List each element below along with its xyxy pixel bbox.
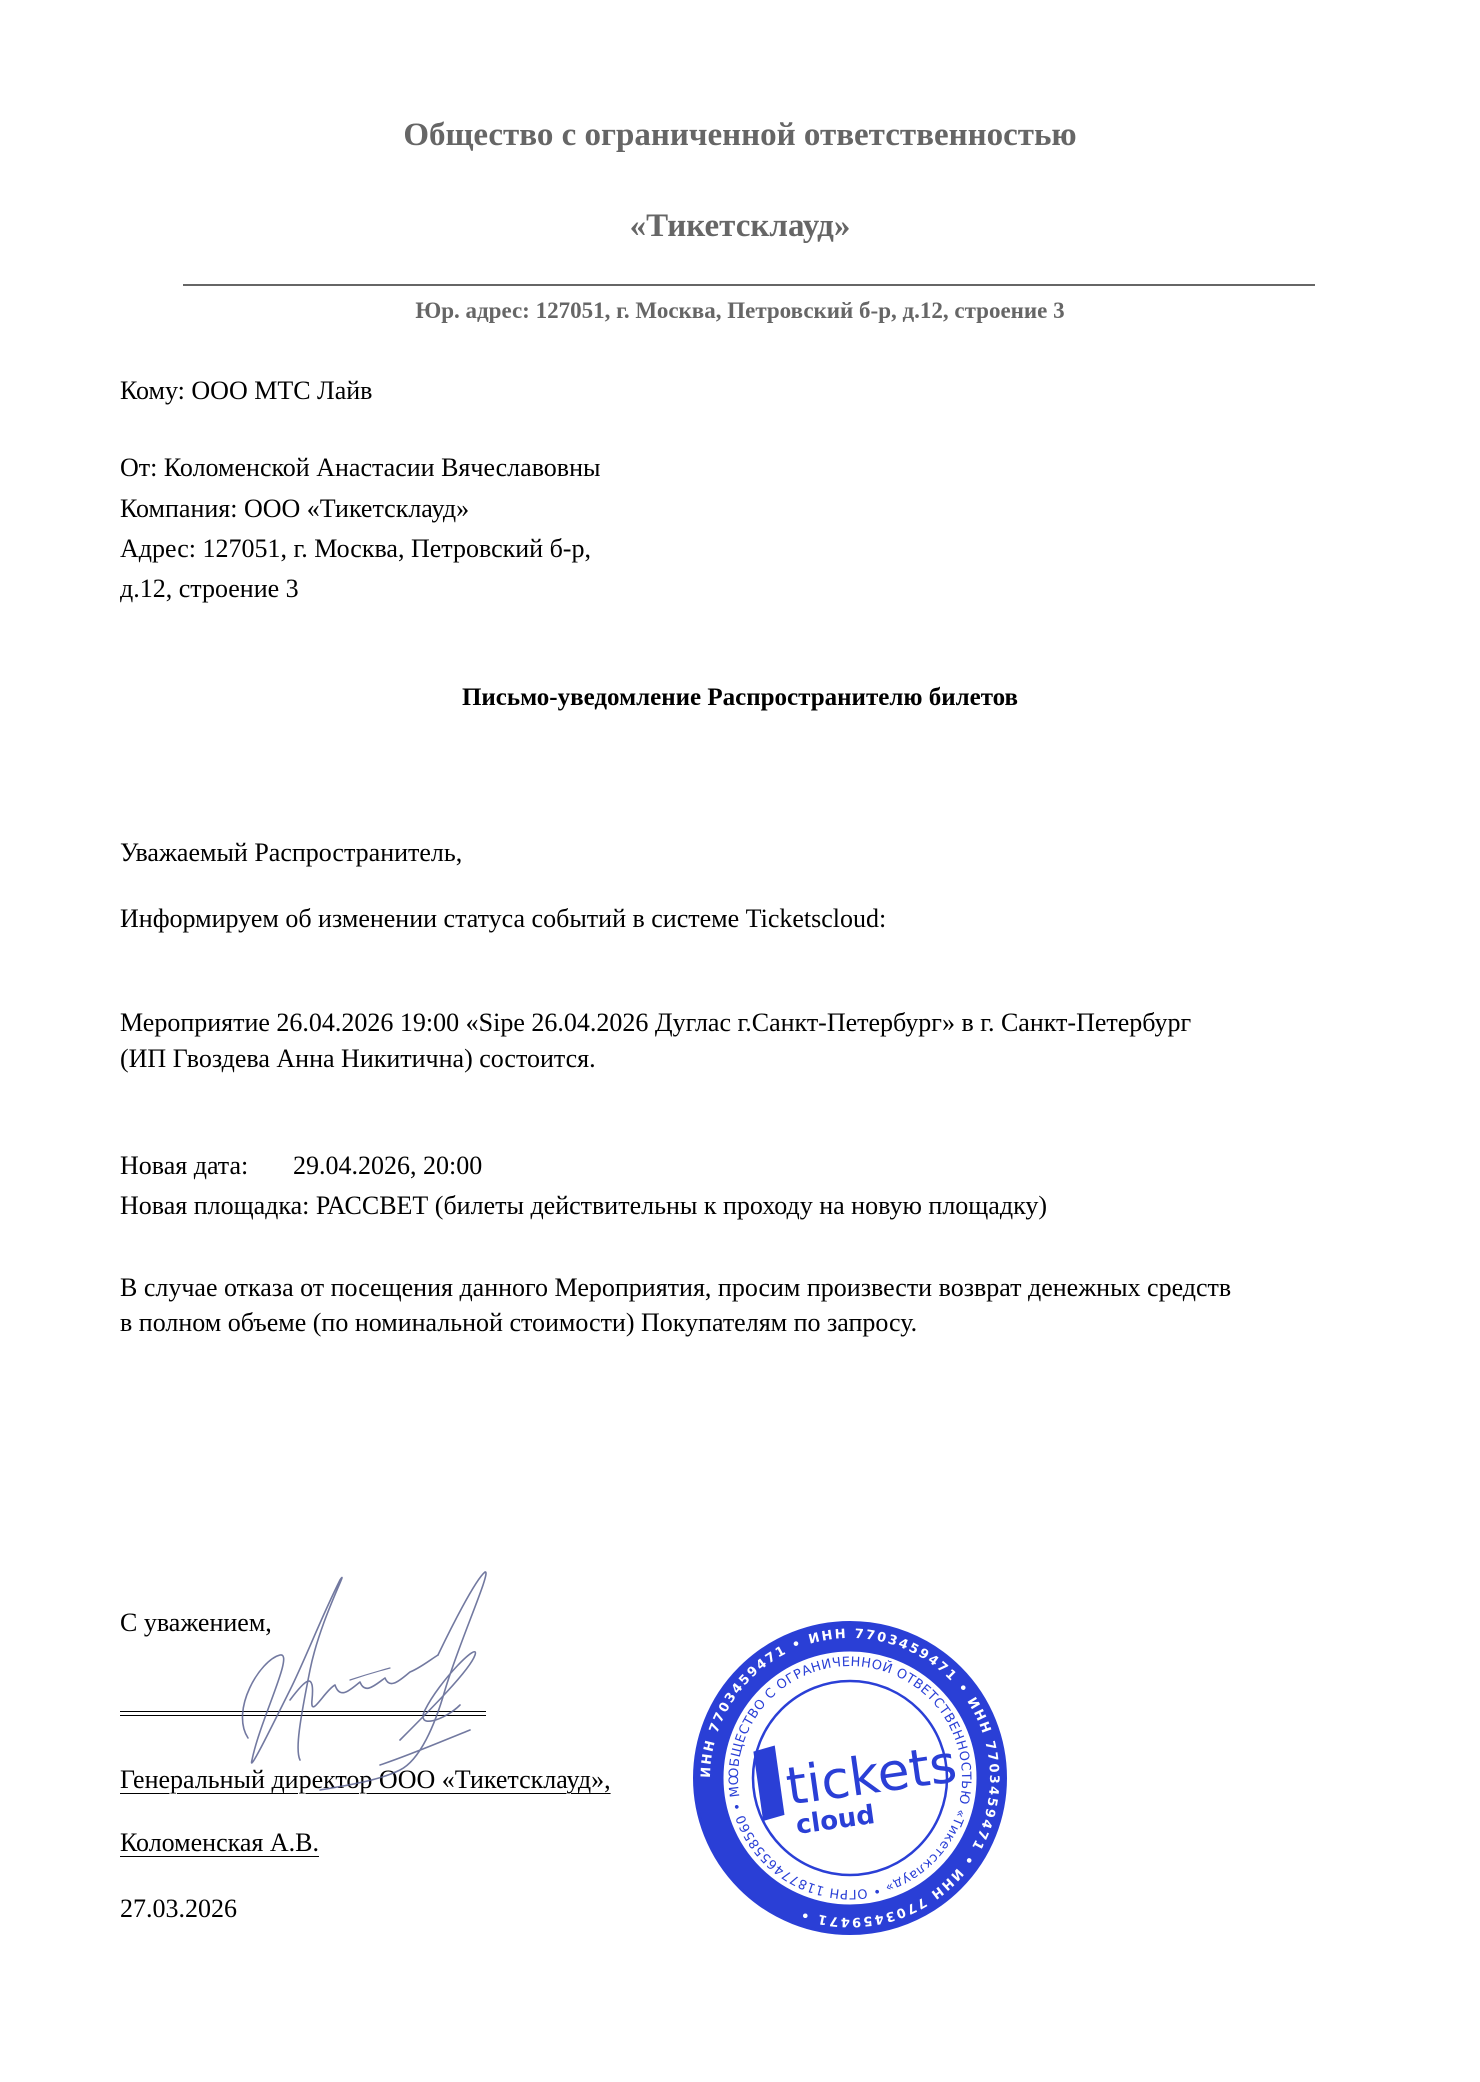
- header-divider: [183, 284, 1315, 286]
- handwritten-signature: [200, 1560, 560, 1800]
- greeting: Уважаемый Распространитель,: [120, 838, 462, 868]
- letter-date: 27.03.2026: [120, 1894, 237, 1924]
- letter-subject: Письмо-уведомление Распространителю биле…: [0, 684, 1480, 712]
- company-stamp: ИНН 7703459471 • ИНН 7703459471 • ИНН 77…: [690, 1618, 1010, 1938]
- intro-text: Информируем об изменении статуса событий…: [120, 904, 886, 934]
- new-venue: Новая площадка: РАССВЕТ (билеты действит…: [120, 1191, 1047, 1221]
- event-line-2: (ИП Гвоздева Анна Никитична) состоится.: [120, 1044, 596, 1074]
- sender-address-line1: Адрес: 127051, г. Москва, Петровский б-р…: [120, 534, 591, 564]
- sender-company: Компания: ООО «Тикетсклауд»: [120, 494, 469, 524]
- company-name-line1: Общество с ограниченной ответственностью: [0, 117, 1480, 154]
- new-date-label: Новая дата:: [120, 1151, 248, 1181]
- signatory-name: Коломенская А.В.: [120, 1828, 319, 1858]
- sender-address-line2: д.12, строение 3: [120, 574, 299, 604]
- legal-address: Юр. адрес: 127051, г. Москва, Петровский…: [0, 298, 1480, 324]
- recipient-line: Кому: ООО МТС Лайв: [120, 376, 372, 406]
- event-line-1: Мероприятие 26.04.2026 19:00 «Sipe 26.04…: [120, 1008, 1191, 1038]
- new-date-value: 29.04.2026, 20:00: [293, 1151, 482, 1181]
- refund-line-1: В случае отказа от посещения данного Мер…: [120, 1273, 1231, 1303]
- sender-from: От: Коломенской Анастасии Вячеславовны: [120, 453, 600, 483]
- company-name-line2: «Тикетсклауд»: [0, 208, 1480, 245]
- refund-line-2: в полном объеме (по номинальной стоимост…: [120, 1308, 917, 1338]
